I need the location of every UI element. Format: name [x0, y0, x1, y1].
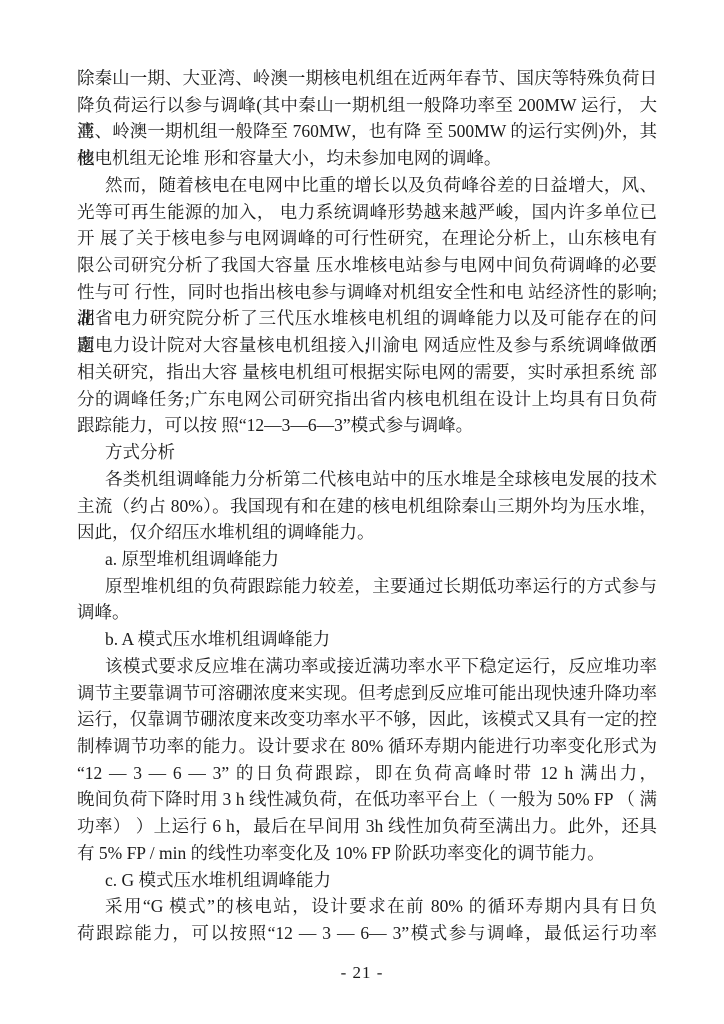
text-line: 南电力设计院对大容量核电机组接入川渝电 网适应性及参与系统调峰做了 [77, 332, 657, 359]
text-line: 跟踪能力，可以按 照“12—3—6—3”模式参与调峰。 [77, 412, 657, 439]
text-line: a. 原型堆机组调峰能力 [77, 546, 657, 573]
text-line: 调节主要靠调节可溶硼浓度来实现。但考虑到反应堆可能出现快速升降功率 [77, 680, 657, 707]
text-line: 光等可再生能源的加入， 电力系统调峰形势越来越严峻，国内许多单位已 [77, 199, 657, 226]
text-line: 晚间负荷下降时用 3 h 线性减负荷，在低功率平台上（ 一般为 50% FP （… [77, 786, 657, 813]
paragraph: 原型堆机组的负荷跟踪能力较差，主要通过长期低功率运行的方式参与调峰。 [77, 573, 657, 626]
page-number: - 21 - [0, 959, 724, 986]
paragraph: a. 原型堆机组调峰能力 [77, 546, 657, 573]
text-line: 荷跟踪能力，可以按照“12 — 3 — 6— 3”模式参与调峰，最低运行功率 [77, 920, 657, 947]
paragraph: 方式分析 [77, 439, 657, 466]
text-line: 采用“G 模式”的核电站，设计要求在前 80% 的循环寿期内具有日负 [77, 893, 657, 920]
text-line: 湾、岭澳一期机组一般降至 760MW，也有降 至 500MW 的运行实例)外，其… [77, 118, 657, 145]
text-line: 北省电力研究院分析了三代压水堆核电机组的调峰能力以及可能存在的问题;西 [77, 305, 657, 332]
paragraph: 然而，随着核电在电网中比重的增长以及负荷峰谷差的日益增大，风、光等可再生能源的加… [77, 172, 657, 439]
text-line: 原型堆机组的负荷跟踪能力较差，主要通过长期低功率运行的方式参与 [77, 573, 657, 600]
text-line: 开 展了关于核电参与电网调峰的可行性研究，在理论分析上，山东核电有 [77, 225, 657, 252]
paragraph: 各类机组调峰能力分析第二代核电站中的压水堆是全球核电发展的技术主流（约占 80%… [77, 466, 657, 546]
paragraph: 采用“G 模式”的核电站，设计要求在前 80% 的循环寿期内具有日负荷跟踪能力，… [77, 893, 657, 946]
text-line: 功率） ）上运行 6 h，最后在早间用 3h 线性加负荷至满出力。此外，还具 [77, 813, 657, 840]
paragraph: 该模式要求反应堆在满功率或接近满功率水平下稳定运行，反应堆功率调节主要靠调节可溶… [77, 653, 657, 867]
text-line: 除秦山一期、大亚湾、岭澳一期核电机组在近两年春节、国庆等特殊负荷日 [77, 65, 657, 92]
text-line: 各类机组调峰能力分析第二代核电站中的压水堆是全球核电发展的技术 [77, 466, 657, 493]
text-line: 相关研究，指出大容 量核电机组可根据实际电网的需要，实时承担系统 部 [77, 359, 657, 386]
text-line: 调峰。 [77, 599, 657, 626]
text-line: c. G 模式压水堆机组调峰能力 [77, 867, 657, 894]
text-line: 降负荷运行以参与调峰(其中秦山一期机组一般降功率至 200MW 运行， 大亚 [77, 92, 657, 119]
text-line: 制棒调节功率的能力。设计要求在 80% 循环寿期内能进行功率变化形式为 [77, 733, 657, 760]
text-line: “12 — 3 — 6 — 3” 的日负荷跟踪，即在负荷高峰时带 12 h 满出… [77, 760, 657, 787]
text-line: b. A 模式压水堆机组调峰能力 [77, 626, 657, 653]
text-line: 性与可 行性，同时也指出核电参与调峰对机组安全性和电 站经济性的影响;湖 [77, 279, 657, 306]
text-line: 核电机组无论堆 形和容量大小，均未参加电网的调峰。 [77, 145, 657, 172]
document-body: 除秦山一期、大亚湾、岭澳一期核电机组在近两年春节、国庆等特殊负荷日降负荷运行以参… [77, 65, 657, 947]
text-line: 分的调峰任务;广东电网公司研究指出省内核电机组在设计上均具有日负荷 [77, 386, 657, 413]
text-line: 然而，随着核电在电网中比重的增长以及负荷峰谷差的日益增大，风、 [77, 172, 657, 199]
text-line: 运行，仅靠调节硼浓度来改变功率水平不够，因此，该模式又具有一定的控 [77, 706, 657, 733]
document-page: 除秦山一期、大亚湾、岭澳一期核电机组在近两年春节、国庆等特殊负荷日降负荷运行以参… [0, 0, 724, 1024]
paragraph: b. A 模式压水堆机组调峰能力 [77, 626, 657, 653]
text-line: 因此，仅介绍压水堆机组的调峰能力。 [77, 519, 657, 546]
text-line: 主流（约占 80%）。我国现有和在建的核电机组除秦山三期外均为压水堆， [77, 493, 657, 520]
text-line: 该模式要求反应堆在满功率或接近满功率水平下稳定运行，反应堆功率 [77, 653, 657, 680]
paragraph: 除秦山一期、大亚湾、岭澳一期核电机组在近两年春节、国庆等特殊负荷日降负荷运行以参… [77, 65, 657, 172]
text-line: 有 5% FP / min 的线性功率变化及 10% FP 阶跃功率变化的调节能… [77, 840, 657, 867]
text-line: 方式分析 [77, 439, 657, 466]
text-line: 限公司研究分析了我国大容量 压水堆核电站参与电网中间负荷调峰的必要 [77, 252, 657, 279]
paragraph: c. G 模式压水堆机组调峰能力 [77, 867, 657, 894]
